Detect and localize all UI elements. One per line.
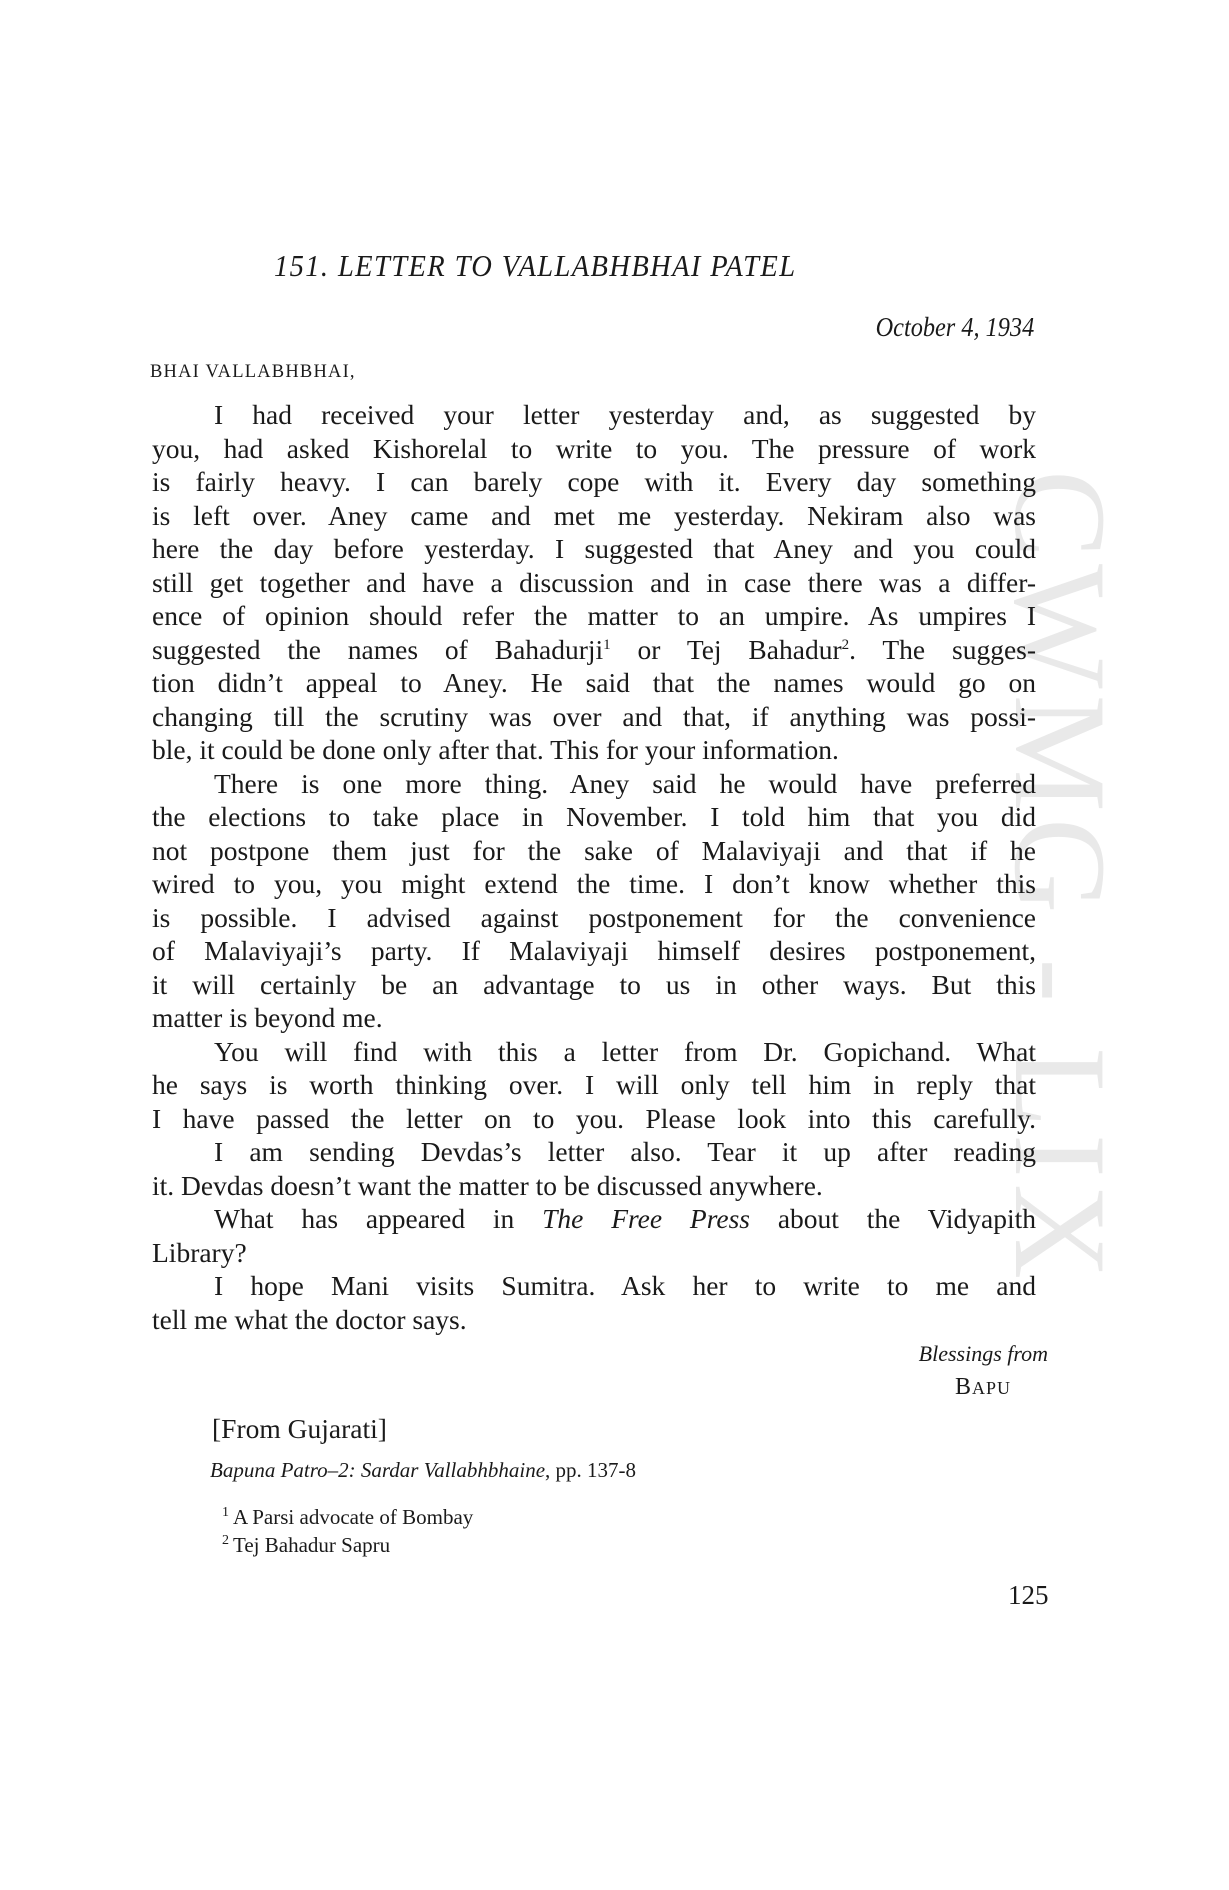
footnote-text: A Parsi advocate of Bombay: [233, 1505, 473, 1529]
body-line: I am sending Devdas’s letter also. Tear …: [152, 1135, 1036, 1169]
body-line: You will find with this a letter from Dr…: [152, 1035, 1036, 1069]
body-line: I have passed the letter on to you. Plea…: [152, 1102, 1036, 1136]
body-line: matter is beyond me.: [152, 1001, 1036, 1035]
letter-date: October 4, 1934: [875, 312, 1034, 343]
body-line: he says is worth thinking over. I will o…: [152, 1068, 1036, 1102]
letter-body: I had received your letter yesterday and…: [152, 398, 1036, 1336]
closing-blessings: Blessings from: [919, 1341, 1048, 1367]
body-line: suggested the names of Bahadurji1 or Tej…: [152, 633, 1036, 667]
body-line: is left over. Aney came and met me yeste…: [152, 499, 1036, 533]
signature: BAPU: [955, 1374, 1011, 1401]
body-line: tell me what the doctor says.: [152, 1303, 1036, 1337]
body-line: not postpone them just for the sake of M…: [152, 834, 1036, 868]
source-pages: , pp. 137-8: [545, 1458, 636, 1482]
body-line: the elections to take place in November.…: [152, 800, 1036, 834]
footnote-ref: 1: [603, 637, 611, 653]
body-line: ence of opinion should refer the matter …: [152, 599, 1036, 633]
body-line: wired to you, you might extend the time.…: [152, 867, 1036, 901]
body-line: changing till the scrutiny was over and …: [152, 700, 1036, 734]
signature-rest: APU: [972, 1378, 1011, 1398]
letter-title: 151. LETTER TO VALLABHBHAI PATEL: [274, 248, 796, 284]
body-line: it. Devdas doesn’t want the matter to be…: [152, 1169, 1036, 1203]
body-line: I had received your letter yesterday and…: [152, 398, 1036, 432]
body-line: still get together and have a discussion…: [152, 566, 1036, 600]
page-number: 125: [1008, 1580, 1049, 1611]
source-language-note: [From Gujarati]: [212, 1413, 387, 1445]
footnote-text: Tej Bahadur Sapru: [233, 1533, 390, 1557]
body-line: ble, it could be done only after that. T…: [152, 733, 1036, 767]
body-line: Library?: [152, 1236, 1036, 1270]
body-line: is fairly heavy. I can barely cope with …: [152, 465, 1036, 499]
body-line: it will certainly be an advantage to us …: [152, 968, 1036, 1002]
salutation: BHAI VALLABHBHAI,: [150, 362, 356, 383]
footnote-2: 2Tej Bahadur Sapru: [222, 1533, 390, 1558]
source-book-title: Bapuna Patro–2: Sardar Vallabhbhaine: [210, 1458, 545, 1482]
body-line: tion didn’t appeal to Aney. He said that…: [152, 666, 1036, 700]
body-line: I hope Mani visits Sumitra. Ask her to w…: [152, 1269, 1036, 1303]
body-line: of Malaviyaji’s party. If Malaviyaji him…: [152, 934, 1036, 968]
body-line: you, had asked Kishorelal to write to yo…: [152, 432, 1036, 466]
body-line: is possible. I advised against postponem…: [152, 901, 1036, 935]
source-citation: Bapuna Patro–2: Sardar Vallabhbhaine, pp…: [210, 1458, 636, 1483]
publication-title: The Free Press: [542, 1203, 750, 1234]
body-line: here the day before yesterday. I suggest…: [152, 532, 1036, 566]
footnote-1: 1A Parsi advocate of Bombay: [222, 1505, 473, 1530]
footnote-mark: 1: [222, 1505, 229, 1520]
footnote-ref: 2: [842, 637, 850, 653]
body-line: What has appeared in The Free Press abou…: [152, 1202, 1036, 1236]
footnote-mark: 2: [222, 1533, 229, 1548]
body-line: There is one more thing. Aney said he wo…: [152, 767, 1036, 801]
signature-initial: B: [955, 1374, 972, 1400]
